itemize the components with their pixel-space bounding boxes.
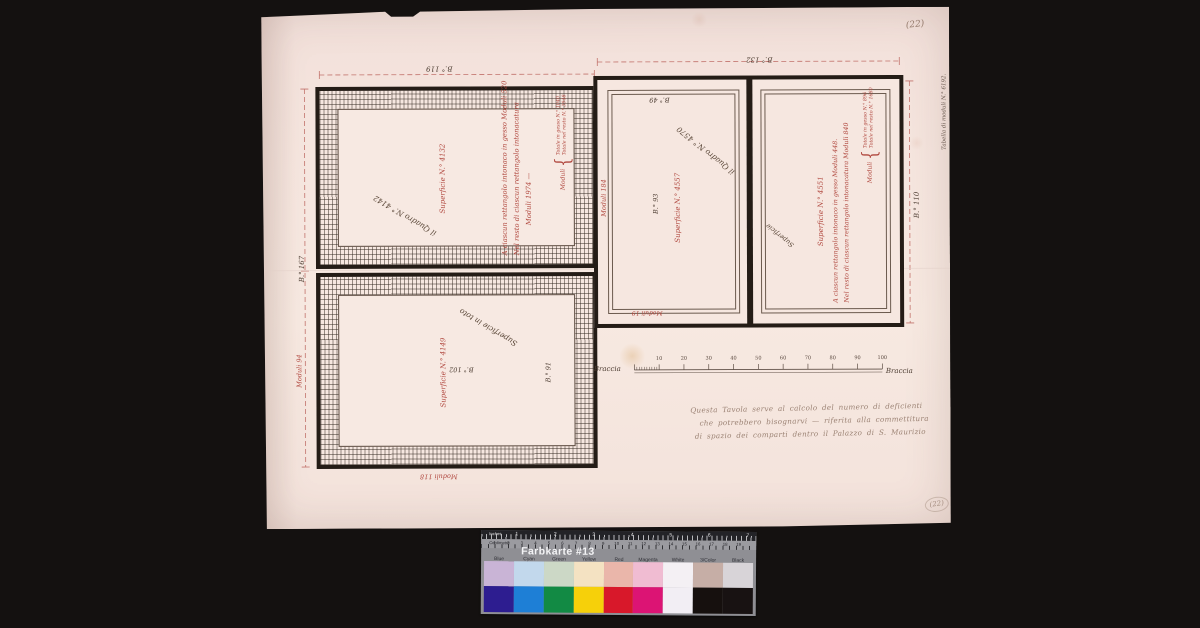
scale-bar-right-label: Braccia <box>886 367 913 375</box>
panel-c-right-dimension: B.° 110 <box>913 192 921 218</box>
panel-right <box>593 75 904 328</box>
edge-inventory-note: Tabella di moduli N.° 6192. <box>941 74 947 150</box>
scale-tick-50: 50 <box>755 355 761 361</box>
swatch-full-magenta <box>633 587 663 613</box>
ruler-number: 1 <box>515 531 518 537</box>
color-card-full-row <box>484 586 753 614</box>
ruler-number: 11 <box>628 541 633 546</box>
scale-bar-left-label: Braccia <box>594 365 621 373</box>
swatch-light-blue <box>484 561 514 586</box>
panel-a-note-line3: Moduli 1974 — <box>522 105 535 255</box>
swatch-full-red <box>603 587 633 613</box>
swatch-full-green <box>544 586 574 612</box>
panel-right-divider <box>746 78 753 324</box>
swatch-full-black <box>723 588 753 614</box>
swatch-full-blue <box>484 586 514 612</box>
ruler-number: 14 <box>668 541 673 546</box>
panel-c-right-cell-note: A ciascun rettangolo intonaco in gesso M… <box>830 168 854 303</box>
swatch-light-red <box>603 562 633 587</box>
panel-a-brace-title: Moduli <box>559 169 566 190</box>
panel-c-left-cell-bottom-moduli: Moduli 19 <box>632 309 663 316</box>
ruler-number: 17 <box>709 542 714 547</box>
panel-b-bottom-moduli: Moduli 118 <box>420 473 458 481</box>
ruler-number: 1 <box>494 540 496 545</box>
scale-tick-10: 10 <box>656 356 662 362</box>
scale-tick-20: 20 <box>681 356 687 362</box>
panel-c-brace-title: Moduli <box>866 162 873 183</box>
scale-tick-30: 30 <box>706 356 712 362</box>
swatch-light-yellow <box>574 562 604 587</box>
scale-tick-80: 80 <box>830 355 836 361</box>
archive-photo: { "paper_marks": { "top_right_pencil": "… <box>0 0 1200 628</box>
panel-a-top-dimension: B.° 119 <box>426 65 452 73</box>
color-calibration-card: Inches 1234567 Centimetre 12345678910111… <box>481 530 757 616</box>
swatch-full-cyan <box>514 586 544 612</box>
panel-c-right-cell-superficie: Superficie N.° 4551 <box>817 176 825 246</box>
inch-ruler-label: Inches <box>489 531 501 536</box>
ruler-number: 7 <box>746 533 749 539</box>
panel-c-left-cell-dim-93: B.° 93 <box>652 194 660 214</box>
swatch-light-green <box>544 561 574 586</box>
panel-c-note-line2: Nel resto di ciascun rettangolo intonaca… <box>841 168 852 303</box>
ruler-number: 3 <box>592 532 595 538</box>
panel-c-moduli-brace: Moduli { Totale in gesso N.° 896 Totale … <box>859 103 879 183</box>
ruler-number: 4 <box>631 532 634 538</box>
brace-glyph: { <box>857 150 881 160</box>
ruler-number: 10 <box>614 541 619 546</box>
scale-bar-numbers: 102030405060708090100 <box>634 355 884 364</box>
panel-c-top-dimension: B.° 132 <box>746 55 772 63</box>
swatch-light-black <box>723 563 753 588</box>
panel-b-superficie-label: Superficie N.° 4149 <box>439 338 447 408</box>
swatch-full-3color <box>693 588 723 614</box>
swatch-full-white <box>663 587 693 613</box>
swatch-light-white <box>663 562 693 587</box>
ruler-number: 2 <box>554 532 557 538</box>
drawing-sheet: B.° 119 B.° 167 Moduli 94 il Quadro N.° … <box>261 7 951 529</box>
panel-a-note-line1: A ciascun rettangolo intonaco in gesso M… <box>498 105 511 255</box>
swatch-full-yellow <box>573 587 603 613</box>
panel-c-brace-line2: Totale nel resto N.° 1680 <box>869 87 875 148</box>
scale-tick-90: 90 <box>854 355 860 361</box>
scale-tick-100: 100 <box>878 355 888 361</box>
panel-b-dim-91: B.° 91 <box>544 362 552 382</box>
panel-a-note: A ciascun rettangolo intonaco in gesso M… <box>498 105 539 255</box>
scale-tick-70: 70 <box>805 355 811 361</box>
panel-a-brace-line2: Totale nel resto N.° 3948 <box>562 94 568 155</box>
panel-a-left-moduli: Moduli 94 <box>295 354 303 387</box>
brace-glyph: { <box>550 157 574 167</box>
panel-a-left-dimension: B.° 167 <box>298 256 306 282</box>
pencil-caption: Questa Tavola serve al calcolo del numer… <box>690 399 929 443</box>
swatch-light-magenta <box>633 562 663 587</box>
scale-tick-40: 40 <box>730 356 736 362</box>
panel-a-superficie-label: Superficie N.° 4132 <box>439 144 447 214</box>
ruler-number: 13 <box>655 541 660 546</box>
ruler-number: 12 <box>641 541 646 546</box>
panel-a-moduli-brace: Moduli { Totale in gesso N.° 1040 Totale… <box>551 106 573 190</box>
ruler-number: 18 <box>723 542 728 547</box>
scale-tick-60: 60 <box>780 355 786 361</box>
ruler-number: 16 <box>696 542 701 547</box>
color-card-light-row <box>484 561 753 588</box>
swatch-light-cyan <box>514 561 544 586</box>
ruler-number: 9 <box>602 541 604 546</box>
ruler-number: 19 <box>736 542 741 547</box>
ruler-number: 15 <box>682 541 687 546</box>
ruler-number: 5 <box>669 532 672 538</box>
ruler-number: 2 <box>507 540 509 545</box>
panel-c-note-line1: A ciascun rettangolo intonaco in gesso M… <box>830 168 841 303</box>
panel-top-left-field <box>337 108 574 247</box>
pencil-number-top-right: (22) <box>905 19 924 31</box>
panel-c-left-cell-superficie: Superficie N.° 4557 <box>674 173 682 243</box>
swatch-light-3color <box>693 563 723 588</box>
ruler-number: 6 <box>708 533 711 539</box>
panel-c-left-moduli: Moduli 184 <box>600 179 608 217</box>
panel-b-dim-102: B.° 102 <box>449 365 474 373</box>
panel-c-left-cell-dim-49: B.° 49 <box>649 96 669 104</box>
panel-a-note-line2: Nel resto di ciascun rettangolo intonaca… <box>510 105 523 255</box>
